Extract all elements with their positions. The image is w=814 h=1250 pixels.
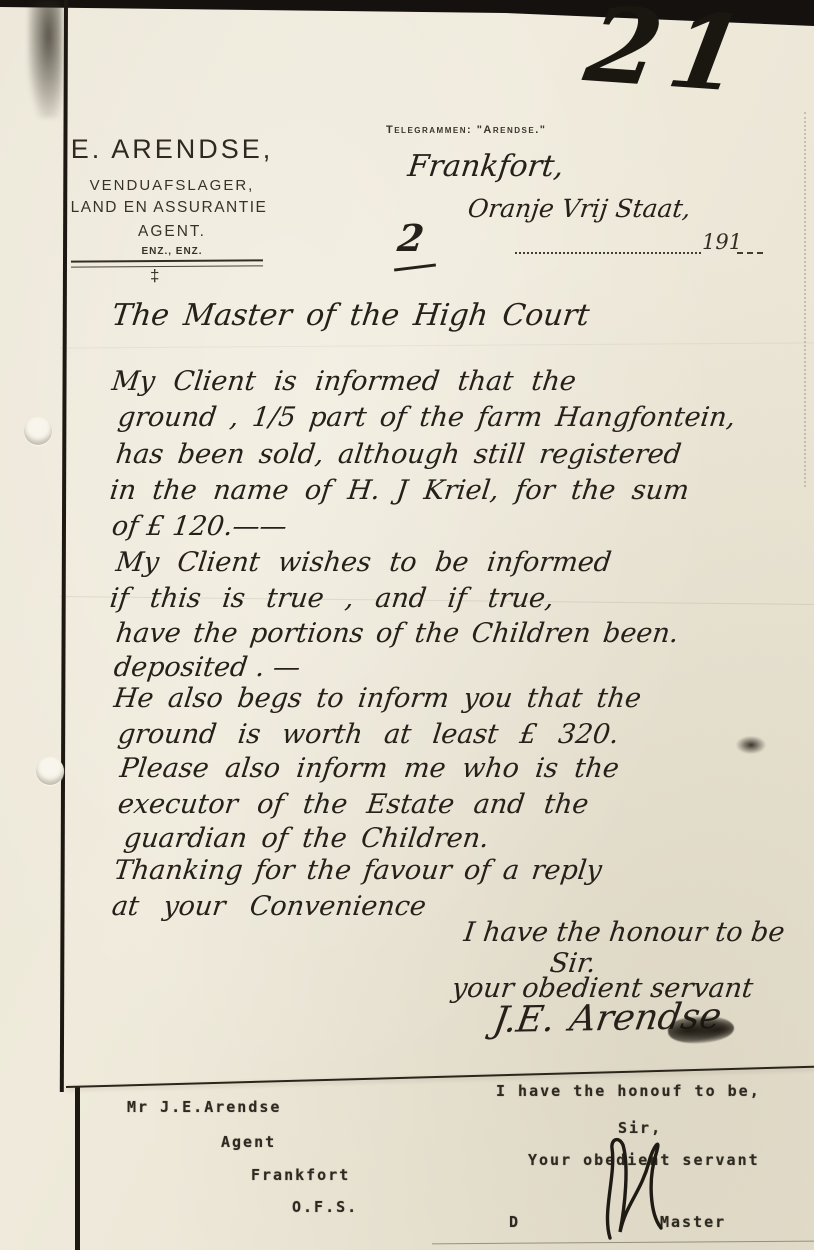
handwritten-line: at your Convenience [110, 891, 428, 922]
closing-line: I have the honour to be [462, 917, 786, 948]
date-dotted-line [515, 236, 701, 254]
ink-smudge [736, 736, 766, 754]
archive-number: 21 [577, 0, 763, 116]
letterhead-role-3: AGENT. [64, 223, 280, 241]
letterhead-rule [71, 259, 263, 267]
fold-smudge [28, 0, 62, 118]
handwritten-line: guardian of the Children. [122, 823, 491, 854]
page-fold-edge-lower [75, 1086, 80, 1250]
year-blank-dash [737, 240, 763, 254]
salutation: The Master of the High Court [110, 298, 592, 333]
handwritten-line: has been sold, although still registered [114, 439, 683, 470]
docket-sender-name: Mr J.E.Arendse [127, 1098, 281, 1116]
handwritten-day: 2 [395, 216, 426, 260]
telegram-address: Telegrammen: "Arendse." [386, 124, 547, 136]
pen-scrawl-signature [598, 1126, 678, 1244]
handwritten-line: My Client is informed that the [110, 366, 578, 397]
letterhead-etc: ENZ., ENZ. [64, 246, 280, 257]
docket-closing-line: I have the honouf to be, [496, 1082, 761, 1100]
handwritten-line: executor of the Estate and the [116, 789, 590, 820]
handwritten-line: Thanking for the favour of a reply [112, 855, 604, 886]
handwritten-line: Please also inform me who is the [118, 753, 621, 784]
handwritten-line: in the name of H. J Kriel, for the sum [108, 475, 691, 506]
handwritten-line: deposited . — [112, 652, 302, 683]
docket-sender-town: Frankfort [251, 1166, 350, 1184]
letterhead-role-1: VENDUAFSLAGER, [64, 177, 280, 194]
scanned-letter-page: 21 E. ARENDSE, VENDUAFSLAGER, LAND EN AS… [0, 0, 814, 1250]
handwritten-line: of £ 120.—— [110, 511, 289, 542]
right-page-edge [804, 112, 806, 487]
punch-hole [36, 757, 64, 785]
letterhead-firm-name: E. ARENDSE, [64, 134, 280, 165]
docket-sender-state: O.F.S. [292, 1198, 358, 1216]
handwritten-line: if this is true , and if true, [108, 583, 556, 614]
letterhead-state: Oranje Vrij Staat, [466, 194, 692, 223]
handwritten-line: ground is worth at least £ 320. [116, 719, 620, 750]
punch-hole [24, 417, 52, 445]
docket-sender-role: Agent [221, 1133, 276, 1151]
dagger-icon: ‡ [150, 266, 159, 286]
handwritten-line: have the portions of the Children been. [114, 618, 680, 649]
docket-initial: D [509, 1213, 520, 1231]
handwritten-line: My Client wishes to be informed [114, 547, 613, 578]
handwritten-line: He also begs to inform you that the [112, 683, 643, 714]
letterhead-role-2: LAND EN ASSURANTIE [58, 199, 280, 217]
handwritten-line: ground , 1/5 part of the farm Hangfontei… [116, 402, 737, 433]
letterhead-town: Frankfort, [406, 149, 566, 184]
